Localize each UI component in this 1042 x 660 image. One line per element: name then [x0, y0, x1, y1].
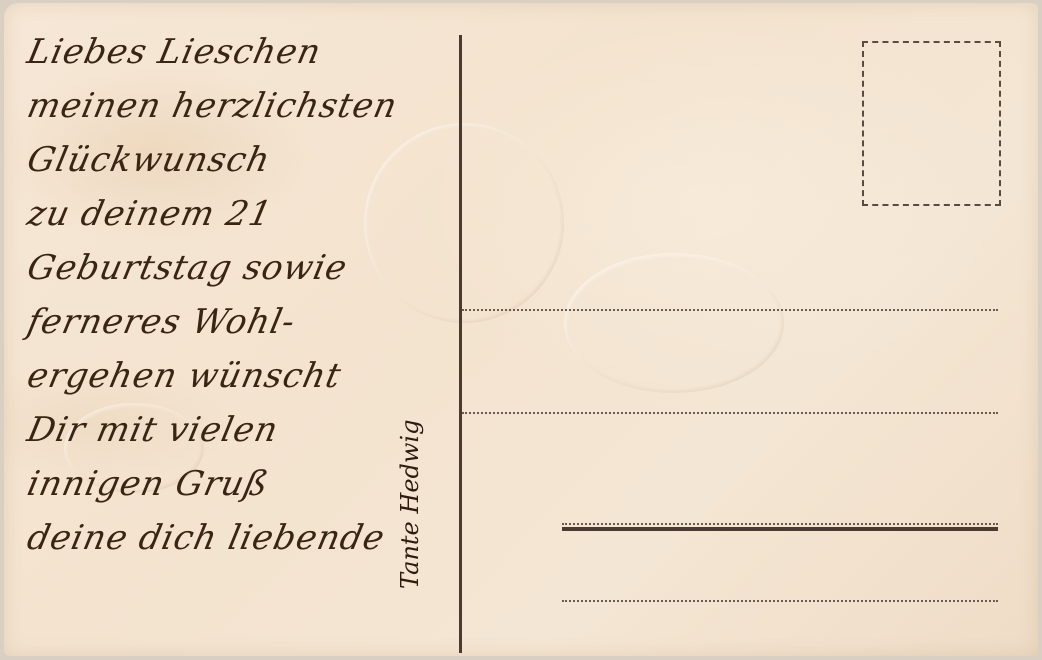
- address-line-1: [462, 309, 998, 311]
- center-divider: [459, 35, 462, 653]
- message-line: ergehen wünscht: [22, 349, 453, 403]
- address-line-4: [562, 600, 998, 602]
- message-line: Geburtstag sowie: [22, 241, 453, 295]
- address-line-3-underline: [562, 527, 998, 531]
- handwritten-message: Liebes Lieschen meinen herzlichsten Glüc…: [28, 25, 448, 565]
- address-line-3-dotted: [562, 523, 998, 525]
- message-line: Glückwunsch: [22, 133, 453, 187]
- message-line: Dir mit vielen: [22, 403, 453, 457]
- message-line: Liebes Lieschen: [22, 25, 453, 79]
- message-line: meinen herzlichsten: [22, 79, 453, 133]
- stamp-box: [862, 41, 1001, 206]
- address-line-2: [462, 412, 998, 414]
- postcard: Liebes Lieschen meinen herzlichsten Glüc…: [4, 3, 1038, 656]
- message-line: ferneres Wohl-: [22, 295, 453, 349]
- embossed-ornament: [564, 253, 784, 393]
- signature: Tante Hedwig: [396, 420, 424, 589]
- message-line: zu deinem 21: [22, 187, 453, 241]
- message-line: deine dich liebende: [22, 511, 453, 565]
- message-line: innigen Gruß: [22, 457, 453, 511]
